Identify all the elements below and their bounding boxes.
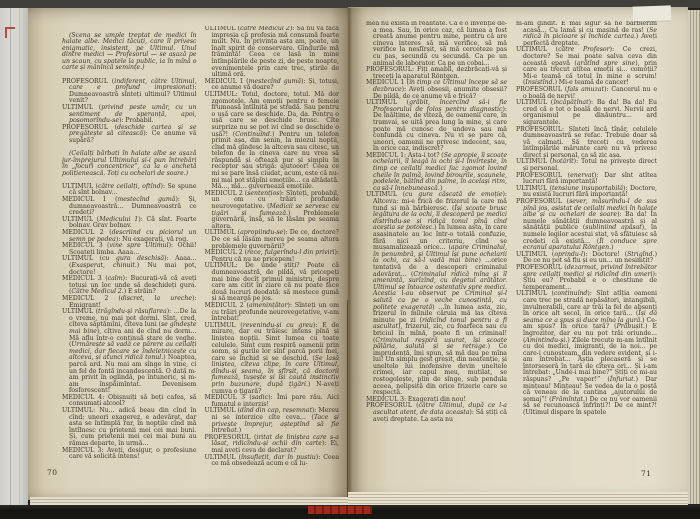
- dialogue-line: MEDICUL 1: Asta-i tot? (Se apropie, îi s…: [366, 153, 507, 193]
- dialogue-line: ULTIMUL (încăpățînat): Ba da! Ba da! Eu …: [516, 100, 657, 126]
- fore-edge-pages: [688, 10, 700, 504]
- dialogue-line: PROFESORUL (dezarmat, privind întrebător…: [516, 265, 657, 291]
- left-page-column-1: (Scena se umple treptat de medici în hal…: [62, 26, 197, 488]
- dialogue-line: ULTIMUL: Totul, doctore, totul. Mă dor z…: [205, 92, 340, 191]
- dialogue-line: MEDICUL 1 (mestecînd gumă): Și, dumneavo…: [62, 197, 197, 217]
- page-number-left: 70: [47, 468, 58, 477]
- dialogue-line: ULTIMUL: Nu... adică beau din cînd în cî…: [62, 408, 197, 448]
- dialogue-line: ULTIMUL: De unde știți? Poate că dumneav…: [205, 263, 340, 303]
- right-page-column-2: m-am gîndit. E mai sigur să ne bărbierim…: [516, 21, 657, 489]
- dialogue-line: PROFESORUL (iritat de liniștea care s-a …: [205, 435, 340, 455]
- spine-line: [347, 300, 348, 500]
- dialogue-line: ULTIMUL (către Medicul 2): Să nu vă facă…: [205, 26, 340, 79]
- dialogue-line: MEDICUL 1 (în timp ce Ultimul începe să …: [366, 80, 507, 100]
- dialogue-line: MEDICUL 2 (amenințător): Sînteți un om c…: [205, 303, 340, 323]
- dialogue-line: MEDICUL 3: Aveți, desigur, o profesiune …: [62, 448, 197, 461]
- right-page-column-1: mea nu există în realitate. Că e o inven…: [366, 21, 507, 489]
- dialogue-line: ULTIMUL (apropiindu-se): De ce, doctore?…: [205, 230, 340, 250]
- dialogue-line: mea nu există în realitate. Că e o inven…: [366, 21, 507, 67]
- page-number-right: 71: [641, 469, 652, 478]
- dialogue-line: PROFESORUL (deschide cartea și se pregăt…: [62, 125, 197, 145]
- dialogue-line: MEDICUL 1 (mestecînd gumă): Și, totuși, …: [205, 79, 340, 92]
- dialogue-line: ULTIMUL (grăbit, încercînd să-i fie Prof…: [366, 100, 507, 153]
- dialogue-line: ULTIMUL (dînd din cap, resemnat): Mereu …: [205, 408, 340, 434]
- dialogue-line: ULTIMUL (revenindu-și cu greu): E de mir…: [205, 323, 340, 396]
- right-page-bottom-edge: [348, 492, 688, 506]
- red-spine-accent: [308, 506, 372, 514]
- dialogue-line: ULTIMUL (cu gura deschisă): Aaaa... (Exa…: [62, 256, 197, 276]
- stage-direction: (Ceilalți bărbați în halate albe se așaz…: [62, 151, 197, 177]
- dialogue-line: ULTIMUL (către Profesor): Ce crezi, doct…: [516, 47, 657, 87]
- dialogue-line: ULTIMUL (însuflețit, dar în pustiu): Cee…: [205, 455, 340, 468]
- left-page-column-2: ULTIMUL (către Medicul 2): Să nu vă facă…: [205, 26, 340, 488]
- cover-edge-line: [10, 8, 11, 506]
- cover-edge-line: [19, 8, 20, 506]
- dialogue-line: PROFESORUL (sever, măsurîndu-l de sus pî…: [516, 199, 657, 252]
- red-corner-mark: [5, 27, 15, 38]
- dialogue-line: PROFESORUL: Sînteți încă tînăr, celulele…: [516, 127, 657, 160]
- dialogue-line: m-am gîndit. E mai sigur să ne bărbierim…: [516, 21, 657, 47]
- dialogue-line: MEDICUL 3 (calm): Bucurați-vă că aveți t…: [62, 276, 197, 296]
- dialogue-line: ULTIMUL (continuînd): Sînt atîția oameni…: [516, 291, 657, 416]
- stage-direction: (Scena se umple treptat de medici în hal…: [62, 33, 197, 73]
- right-page-text: mea nu există în realitate. Că e o inven…: [366, 21, 657, 489]
- dialogue-line: PROFESORUL (indiferent, către Ultimul, c…: [62, 79, 197, 105]
- book-cover-left-edge: [0, 8, 28, 506]
- dialogue-line: ULTIMUL (trăgîndu-și răsuflarea): ...De …: [62, 309, 197, 395]
- dialogue-line: ULTIMUL (cu gura căscată de emoție): Alt…: [366, 192, 507, 396]
- left-page-text: (Scena se umple treptat de medici în hal…: [62, 26, 339, 488]
- dialogue-line: MEDICUL 2 (sentențios): Sînteți, probabi…: [205, 191, 340, 231]
- dialogue-line: ULTIMUL (privind peste umăr, cu un senti…: [62, 105, 197, 125]
- dialogue-line: PROFESORUL (către Ultimul, după ce l-a a…: [366, 403, 507, 423]
